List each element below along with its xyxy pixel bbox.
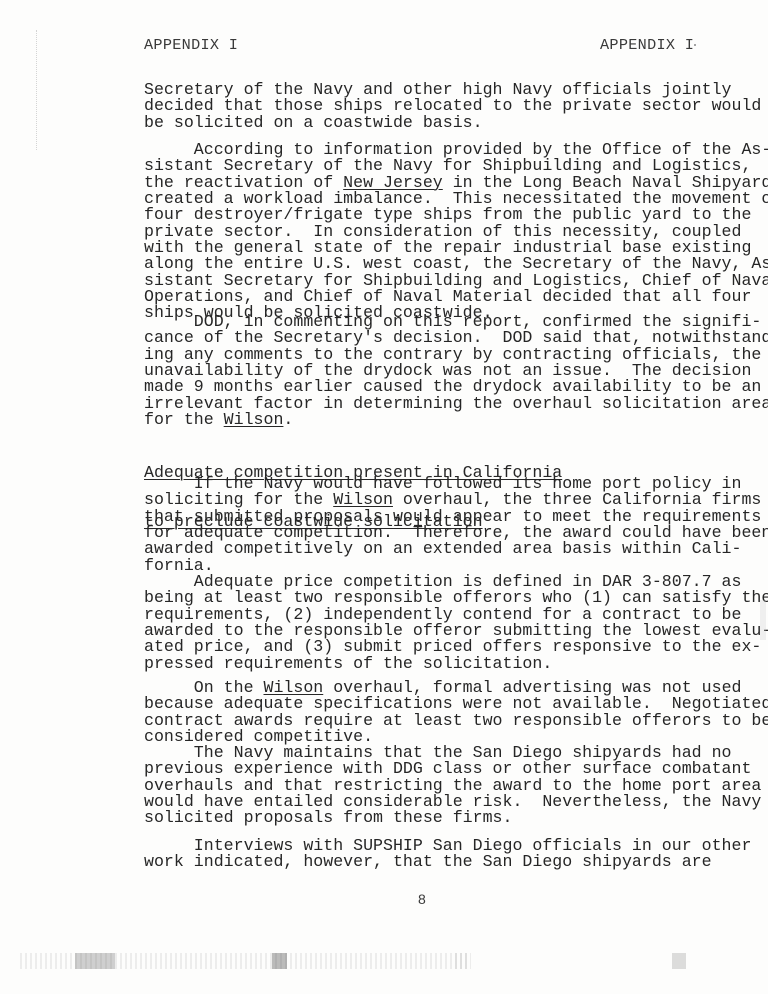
scan-margin-marks [36, 30, 38, 150]
paragraph-1: Secretary of the Navy and other high Nav… [144, 82, 704, 131]
text-line: for the Wilson. [144, 412, 704, 428]
paragraph-7: The Navy maintains that the San Diego sh… [144, 745, 704, 827]
running-header-left: APPENDIX I [144, 36, 238, 54]
paragraph-3: DOD, in commenting on this report, confi… [144, 314, 704, 428]
page-number: 8 [418, 891, 426, 907]
text-line: awarded competitively on an extended are… [144, 541, 704, 557]
scan-artifact-smudge [760, 600, 766, 640]
scan-artifact-mark [455, 953, 471, 969]
scan-artifact-mark [272, 953, 287, 969]
scan-artifact-mark [672, 953, 686, 969]
text-line: be solicited on a coastwide basis. [144, 115, 704, 131]
scan-artifact-mark [75, 953, 115, 969]
paragraph-2: According to information provided by the… [144, 142, 704, 322]
text-line: solicited proposals from these firms. [144, 810, 704, 826]
paragraph-5: Adequate price competition is defined in… [144, 574, 704, 672]
paragraph-8: Interviews with SUPSHIP San Diego offici… [144, 838, 704, 871]
scan-speck [694, 44, 696, 46]
paragraph-4: If the Navy would have followed its home… [144, 476, 704, 574]
document-page: APPENDIX I APPENDIX I Secretary of the N… [0, 0, 768, 994]
paragraph-6: On the Wilson overhaul, formal advertisi… [144, 680, 704, 745]
text-line: work indicated, however, that the San Di… [144, 854, 704, 870]
underlined-term: Wilson [224, 410, 284, 429]
text-line: pressed requirements of the solicitation… [144, 656, 704, 672]
running-header-right: APPENDIX I [600, 36, 694, 54]
